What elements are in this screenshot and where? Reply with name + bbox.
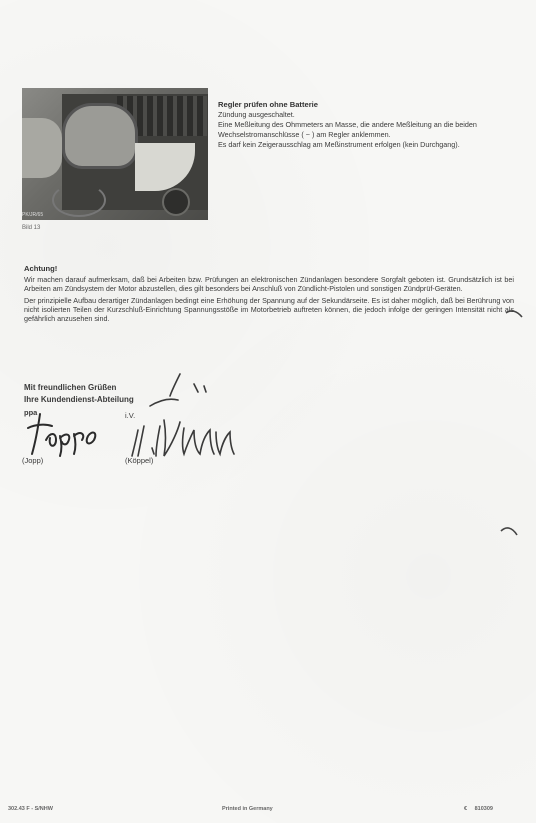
margin-mark-mid bbox=[505, 306, 525, 324]
footer-doc-code: 302.43 F - S/NHW bbox=[8, 806, 53, 812]
regler-paragraph: Zündung ausgeschaltet. bbox=[218, 110, 518, 119]
document-page: PK/JR/65 Bild 13 Regler prüfen ohne Batt… bbox=[0, 0, 536, 823]
figure-photo-regulator-test: PK/JR/65 bbox=[22, 88, 208, 220]
coil bbox=[62, 103, 138, 169]
figure-inline-label: PK/JR/65 bbox=[22, 212, 43, 218]
regler-heading: Regler prüfen ohne Batterie bbox=[218, 100, 518, 109]
margin-mark-lower bbox=[500, 524, 520, 542]
figure-caption: Bild 13 bbox=[22, 225, 40, 231]
meter-knob bbox=[162, 188, 190, 216]
regler-paragraph: Eine Meßleitung des Ohmmeters an Masse, … bbox=[218, 120, 518, 138]
achtung-section: Achtung! Wir machen darauf aufmerksam, d… bbox=[24, 264, 514, 325]
closing-department: Ihre Kundendienst-Abteilung bbox=[24, 394, 134, 406]
signatory-name-jopp: (Jopp) bbox=[22, 456, 43, 465]
closing-block: Mit freundlichen Grüßen Ihre Kundendiens… bbox=[24, 382, 134, 406]
test-lead-wire bbox=[52, 183, 106, 217]
achtung-heading: Achtung! bbox=[24, 264, 514, 273]
achtung-paragraph: Wir machen darauf aufmerksam, daß bei Ar… bbox=[24, 275, 514, 293]
achtung-paragraph: Der prinzipielle Aufbau derartiger Zünda… bbox=[24, 296, 514, 324]
regler-section: Regler prüfen ohne Batterie Zündung ausg… bbox=[218, 100, 518, 150]
footer-number: 810309 bbox=[475, 806, 493, 812]
closing-greeting: Mit freundlichen Grüßen bbox=[24, 382, 134, 394]
hand bbox=[22, 118, 62, 178]
signatory-name-koeppel: (Köppel) bbox=[125, 456, 153, 465]
footer-printed: Printed in Germany bbox=[222, 806, 273, 812]
regler-paragraph: Es darf kein Zeigerausschlag am Meßinstr… bbox=[218, 140, 518, 149]
signature-jopp bbox=[26, 410, 111, 458]
signature-koeppel bbox=[120, 370, 245, 465]
footer-number-block: € 810309 bbox=[464, 806, 493, 812]
footer-mark-icon: € bbox=[464, 806, 467, 812]
